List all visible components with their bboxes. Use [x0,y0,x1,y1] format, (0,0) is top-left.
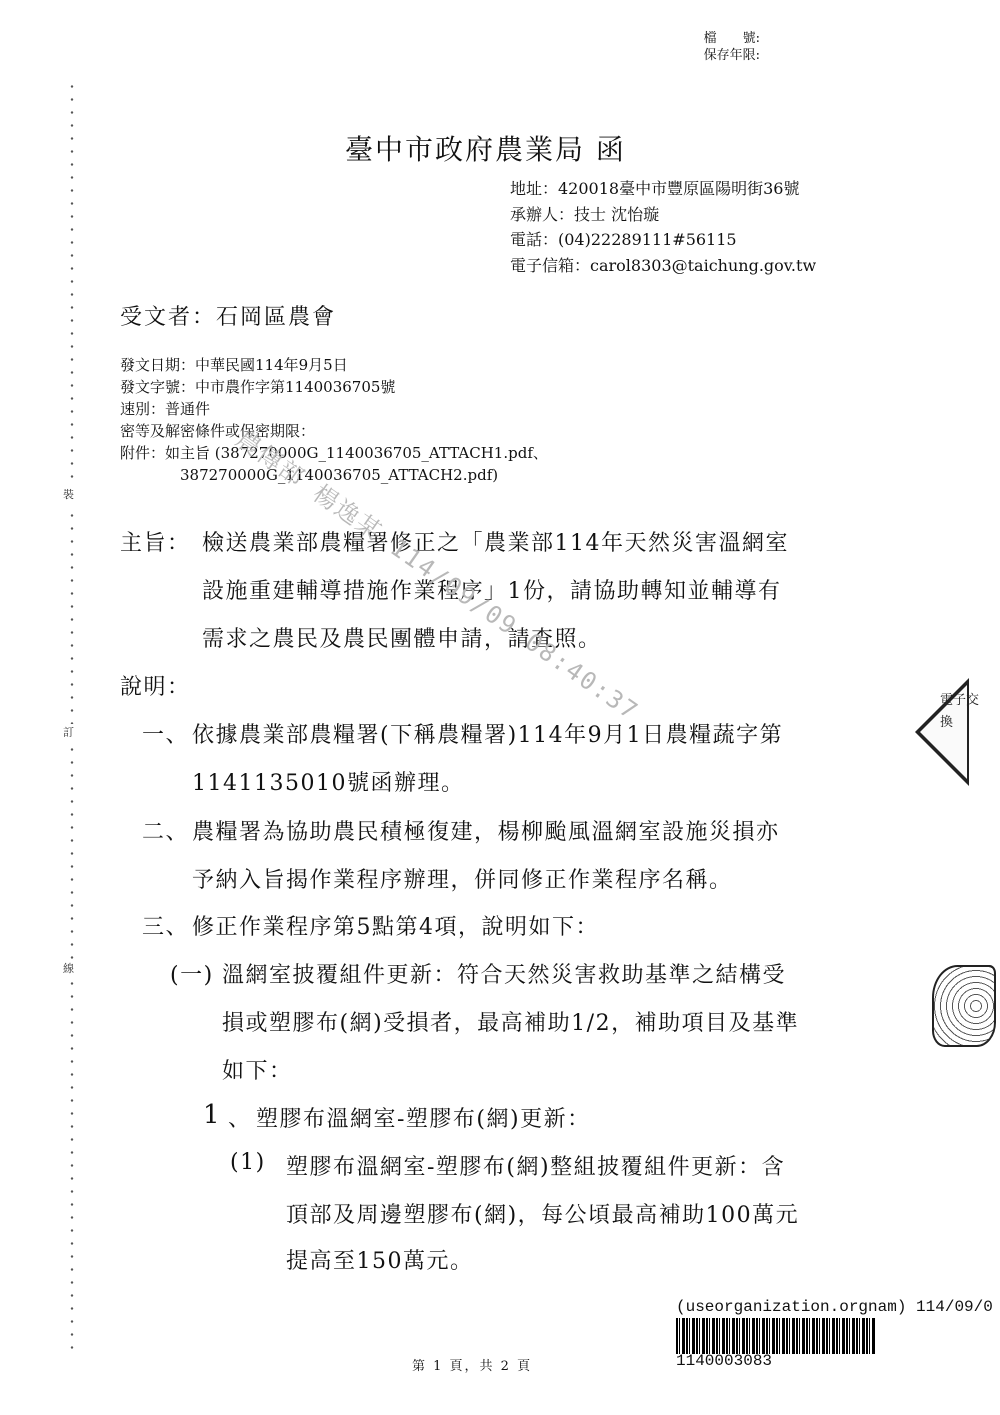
sub-item-line: 溫網室披覆組件更新：符合天然災害救助基準之結構受 [222,958,786,989]
margin-label-line: 線 [63,960,74,978]
subject-label: 主旨： [120,526,191,557]
item-number: 三、 [142,910,189,941]
exchange-stamp-text: 電子交換 [940,690,980,734]
item-number: 二、 [142,815,189,846]
page-number: 第 1 頁，共 2 頁 [412,1355,532,1374]
retention-period-label: 保存年限: [704,47,760,64]
phone: 電話：(04)22289111#56115 [510,227,816,253]
sub-item-number: (一) [170,958,214,989]
sub-sub-separator: 、 [228,1102,252,1133]
document-meta: 發文日期：中華民國114年9月5日 發文字號：中市農作字第1140036705號… [120,354,548,486]
speed-class: 速別：普通件 [120,398,548,420]
attachment-line-2: 387270000G_1140036705_ATTACH2.pdf) [120,464,548,486]
subject-line: 檢送農業部農糧署修正之「農業部114年天然災害溫網室 [202,526,789,557]
item-line: 1141135010號函辦理。 [192,766,464,797]
barcode-icon [676,1318,876,1354]
seal-stamp-icon [932,965,996,1047]
item-number: 一、 [142,718,189,749]
sub-sub-number: 1 [203,1100,221,1130]
sub-item-line: 如下： [222,1054,293,1085]
attachment-line-1: 附件：如主旨 (387270000G_1140036705_ATTACH1.pd… [120,442,548,464]
contact-block: 地址：420018臺中市豐原區陽明街36號 承辦人：技士 沈怡璇 電話：(04)… [510,176,816,278]
handler: 承辦人：技士 沈怡璇 [510,202,816,228]
file-number-label: 檔 號: [704,30,760,47]
subject-line: 需求之農民及農民團體申請，請查照。 [202,622,602,653]
binding-margin-dots [70,80,74,1350]
address: 地址：420018臺中市豐原區陽明街36號 [510,176,816,202]
secrecy-level: 密等及解密條件或保密期限： [120,420,548,442]
item-line: 予納入旨揭作業程序辦理，併同修正作業程序名稱。 [192,863,733,894]
detail-line: 塑膠布溫網室-塑膠布(網)整組披覆組件更新：含 [286,1150,785,1181]
recipient: 受文者：石岡區農會 [120,300,336,331]
item-line: 修正作業程序第5點第4項，說明如下： [192,910,599,941]
barcode-number: 1140003083 [676,1352,772,1370]
margin-label-bind: 裝 [63,486,74,504]
issue-date: 發文日期：中華民國114年9月5日 [120,354,548,376]
subject-line: 設施重建輔導措施作業程序」1份，請協助轉知並輔導有 [202,574,782,605]
item-line: 依據農業部農糧署(下稱農糧署)114年9月1日農糧蔬字第 [192,718,783,749]
file-meta: 檔 號: 保存年限: [704,30,760,64]
detail-line: 提高至150萬元。 [286,1244,474,1275]
organization-timestamp: (useorganization.orgnam) 114/09/0 [676,1298,993,1316]
margin-label-staple: 訂 [63,724,74,742]
explanation-label: 說明： [120,670,191,701]
sub-item-line: 損或塑膠布(網)受損者，最高補助1/2，補助項目及基準 [222,1006,799,1037]
item-line: 農糧署為協助農民積極復建，楊柳颱風溫網室設施災損亦 [192,815,780,846]
document-title: 臺中市政府農業局 函 [345,128,626,168]
email: 電子信箱：carol8303@taichung.gov.tw [510,253,816,279]
detail-number: (1) [230,1150,266,1175]
detail-line: 頂部及周邊塑膠布(網)，每公頃最高補助100萬元 [286,1198,799,1229]
document-number: 發文字號：中市農作字第1140036705號 [120,376,548,398]
sub-sub-line: 塑膠布溫網室-塑膠布(網)更新： [256,1102,591,1133]
